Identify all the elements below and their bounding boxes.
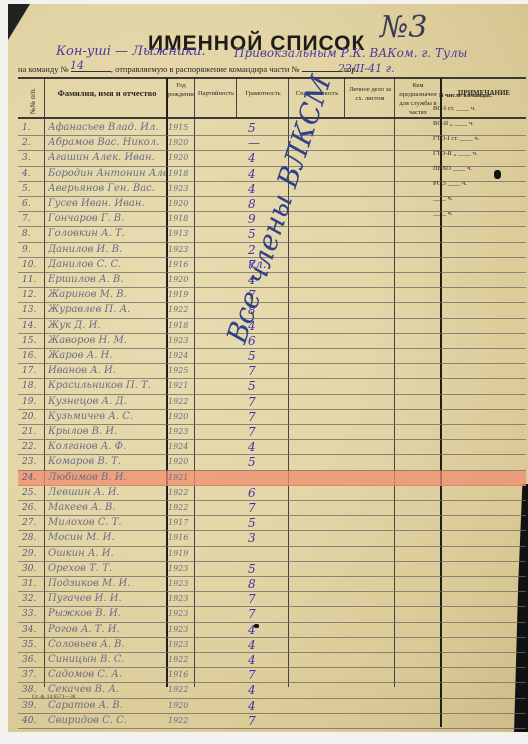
row-name: Синицын В. С.	[48, 654, 166, 665]
row-birth-year: 1918	[168, 169, 194, 178]
table-row: 21.Крылов В. И.19237	[18, 425, 526, 440]
row-number: 25.	[22, 488, 42, 498]
table-row: 34.Рогов А. Т. И.19234	[18, 623, 526, 638]
row-number: 11.	[22, 275, 42, 285]
row-number: 13.	[22, 305, 42, 315]
row-birth-year: 1922	[168, 397, 194, 406]
row-name: Кузнецов А. Д.	[48, 396, 166, 407]
row-birth-year: 1923	[168, 564, 194, 573]
row-number: 14.	[22, 321, 42, 331]
row-name: Рогов А. Т. И.	[48, 624, 166, 635]
row-birth-year: 1922	[168, 716, 194, 725]
row-number: 12.	[22, 290, 42, 300]
row-name: Жаворов Н. М.	[48, 335, 166, 346]
row-name: Подзиков М. И.	[48, 578, 166, 589]
row-number: 37.	[22, 670, 42, 680]
row-birth-year: 1916	[168, 260, 194, 269]
column-divider	[236, 77, 237, 117]
row-birth-year: 1923	[168, 640, 194, 649]
row-name: Садомов С. А.	[48, 669, 166, 680]
row-name: Мосин М. И.	[48, 532, 166, 543]
row-birth-year: 1923	[168, 609, 194, 618]
row-birth-year: 1917	[168, 518, 194, 527]
row-number: 30.	[22, 564, 42, 574]
row-number: 29.	[22, 549, 42, 559]
row-name: Кузьмичев А. С.	[48, 411, 166, 422]
row-birth-year: 1922	[168, 305, 194, 314]
row-number: 7.	[22, 214, 42, 224]
row-name: Ершилов А. В.	[48, 274, 166, 285]
row-birth-year: 1923	[168, 184, 194, 193]
row-literacy: 7	[248, 410, 274, 424]
table-row: 12.Жаринов М. В.19197	[18, 288, 526, 303]
row-birth-year: 1925	[168, 366, 194, 375]
row-birth-year: 1923	[168, 579, 194, 588]
row-literacy: 4	[248, 440, 274, 454]
row-birth-year: 1913	[168, 229, 194, 238]
row-name: Журавлев П. А.	[48, 304, 166, 315]
row-number: 27.	[22, 518, 42, 528]
row-birth-year: 1922	[168, 685, 194, 694]
row-name: Агашин Алек. Иван.	[48, 152, 166, 163]
column-divider	[344, 77, 345, 117]
table-row: 29.Ошкин А. И.1919	[18, 547, 526, 562]
row-birth-year: 1920	[168, 153, 194, 162]
row-name: Колганов А. Ф.	[48, 441, 166, 452]
ink-blot	[254, 624, 259, 628]
row-birth-year: 1923	[168, 336, 194, 345]
column-header-personal-file: Личное дело за сх. листом	[346, 85, 394, 103]
notes-item: РСО ____ ч.	[433, 180, 523, 195]
row-name: Иванов А. И.	[48, 365, 166, 376]
row-literacy: 5	[248, 379, 274, 393]
row-name: Левшин А. И.	[48, 487, 166, 498]
row-literacy: 4	[248, 151, 274, 165]
row-birth-year: 1919	[168, 290, 194, 299]
table-row: 38.Секачев В. А.19224	[18, 683, 526, 698]
notes-list: ВС-I ст. ____ ч.ВС-II „ ____ ч.ГТО-I ст.…	[433, 105, 523, 225]
row-number: 23.	[22, 457, 42, 467]
row-birth-year: 1920	[168, 199, 194, 208]
table-row: 30.Орехов Т. Т.19235	[18, 562, 526, 577]
notes-item: ____ ч.	[433, 195, 523, 210]
document-sheet: ИМЕННОЙ СПИСОК №3 Кон-ушi — Лыжники. При…	[8, 4, 528, 732]
row-number: 18.	[22, 381, 42, 391]
row-birth-year: 1921	[168, 473, 194, 482]
subheading-prefix: на команду №	[18, 64, 69, 74]
table-row: 27.Милохов С. Т.19175	[18, 516, 526, 531]
table-row: 16.Жаров А. Н.19245	[18, 349, 526, 364]
row-name: Соловьев А. В.	[48, 639, 166, 650]
row-birth-year: 1918	[168, 214, 194, 223]
handwritten-team-type: Кон-ушi — Лыжники.	[56, 44, 206, 59]
column-header-literacy: Грамотность	[238, 89, 288, 98]
row-number: 24.	[22, 473, 42, 483]
row-number: 40.	[22, 716, 42, 726]
row-number: 1.	[22, 123, 42, 133]
table-row: 26.Макеев А. В.19227	[18, 501, 526, 516]
row-birth-year: 1923	[168, 427, 194, 436]
row-number: 4.	[22, 169, 42, 179]
row-birth-year: 1923	[168, 625, 194, 634]
ink-blot	[494, 170, 501, 179]
row-literacy: 6	[248, 486, 274, 500]
row-birth-year: 1922	[168, 503, 194, 512]
row-birth-year: 1923	[168, 245, 194, 254]
row-number: 22.	[22, 442, 42, 452]
row-literacy: 8	[248, 577, 274, 591]
row-literacy: 7	[248, 395, 274, 409]
row-name: Макеев А. В.	[48, 502, 166, 513]
row-birth-year: 1920	[168, 457, 194, 466]
subheading-middle: отправляемую в распоряжение командира ча…	[115, 64, 300, 74]
table-row: 20.Кузьмичев А. С.19207	[18, 410, 526, 425]
row-name: Бородин Антонин Алек.	[48, 168, 166, 179]
row-number: 28.	[22, 533, 42, 543]
notes-item: ____ ч.	[433, 210, 523, 225]
table-row: 23.Комаров В. Т.19205	[18, 455, 526, 470]
row-name: Данилов И. В.	[48, 244, 166, 255]
row-birth-year: 1924	[168, 442, 194, 451]
row-literacy: 5	[248, 349, 274, 363]
notes-panel: В числе команды: ВС-I ст. ____ ч.ВС-II „…	[433, 92, 523, 225]
row-literacy: 4	[248, 623, 274, 637]
table-row: 32.Пугачев И. И.19237	[18, 592, 526, 607]
table-row: 36.Синицын В. С.19224	[18, 653, 526, 668]
notes-item: ВС-I ст. ____ ч.	[433, 105, 523, 120]
row-name: Крылов В. И.	[48, 426, 166, 437]
row-name: Данилов С. С.	[48, 259, 166, 270]
table-row: 37.Садомов С. А.19167	[18, 668, 526, 683]
row-number: 36.	[22, 655, 42, 665]
row-number: 21.	[22, 427, 42, 437]
row-number: 8.	[22, 229, 42, 239]
row-literacy: 7	[248, 425, 274, 439]
row-literacy: 4	[248, 653, 274, 667]
row-birth-year: 1920	[168, 412, 194, 421]
row-name: Абрамов Вас. Никол.	[48, 137, 166, 148]
table-row: 25.Левшин А. И.19226	[18, 486, 526, 501]
row-name: Саратов А. В.	[48, 700, 166, 711]
row-birth-year: 1922	[168, 655, 194, 664]
row-birth-year: 1916	[168, 670, 194, 679]
handwritten-command-number: 14	[70, 59, 84, 72]
table-row: 18.Красильников П. Т.19215	[18, 379, 526, 394]
row-number: 20.	[22, 412, 42, 422]
row-birth-year: 1919	[168, 549, 194, 558]
row-number: 32.	[22, 594, 42, 604]
row-name: Гусев Иван. Иван.	[48, 198, 166, 209]
table-row: 39.Саратов А. В.19204	[18, 699, 526, 714]
row-literacy: 7	[248, 364, 274, 378]
row-literacy: 3	[248, 531, 274, 545]
row-literacy: 7	[248, 668, 274, 682]
row-number: 39.	[22, 701, 42, 711]
row-number: 6.	[22, 199, 42, 209]
row-name: Свиридов С. С.	[48, 715, 166, 726]
table-row: 40.Свиридов С. С.19227	[18, 714, 526, 729]
row-birth-year: 1924	[168, 351, 194, 360]
column-header-party: Партийность	[196, 89, 236, 98]
row-birth-year: 1922	[168, 488, 194, 497]
row-name: Головкин А. Т.	[48, 228, 166, 239]
row-number: 31.	[22, 579, 42, 589]
notes-item: ПВХО ____ ч.	[433, 165, 523, 180]
table-row: 13.Журавлев П. А.19228	[18, 303, 526, 318]
column-header-birth-year: Год рождения	[168, 81, 194, 99]
row-number: 3.	[22, 153, 42, 163]
row-birth-year: 1920	[168, 138, 194, 147]
row-number: 19.	[22, 397, 42, 407]
row-number: 17.	[22, 366, 42, 376]
row-name: Любимов В. И.	[48, 472, 166, 483]
table-row: 15.Жаворов Н. М.19236	[18, 334, 526, 349]
table-row: 17.Иванов А. И.19257	[18, 364, 526, 379]
row-literacy: 7	[248, 592, 274, 606]
handwritten-issuer: Привокзальным Р.К. ВАКом. г. Тулы	[234, 46, 467, 60]
row-number: 5.	[22, 184, 42, 194]
table-row: 19.Кузнецов А. Д.19227	[18, 395, 526, 410]
row-literacy: 5	[248, 516, 274, 530]
row-literacy: 4	[248, 699, 274, 713]
row-number: 2.	[22, 138, 42, 148]
table-top-rule	[18, 77, 526, 79]
row-number: 35.	[22, 640, 42, 650]
row-number: 33.	[22, 609, 42, 619]
notes-item: ГТО-I ст. ____ ч.	[433, 135, 523, 150]
row-name: Жаринов М. В.	[48, 289, 166, 300]
row-literacy: 5	[248, 562, 274, 576]
row-birth-year: 1916	[168, 533, 194, 542]
row-literacy: 4	[248, 683, 274, 697]
row-birth-year: 1920	[168, 701, 194, 710]
row-literacy: —	[248, 136, 274, 150]
row-literacy: 5	[248, 121, 274, 135]
row-name: Жук Д. И.	[48, 320, 166, 331]
row-name: Комаров В. Т.	[48, 456, 166, 467]
column-header-name: Фамилия, имя и отчество	[48, 89, 166, 98]
row-literacy: 7	[248, 501, 274, 515]
row-birth-year: 1918	[168, 321, 194, 330]
column-header-number: №№ п/п.	[29, 88, 37, 114]
row-number: 26.	[22, 503, 42, 513]
row-birth-year: 1915	[168, 123, 194, 132]
table-row: 28.Мосин М. И.19163	[18, 531, 526, 546]
row-literacy: 7	[248, 607, 274, 621]
subheading-suffix: гор.	[344, 64, 358, 74]
row-number: 34.	[22, 625, 42, 635]
row-number: 16.	[22, 351, 42, 361]
table-row: 31.Подзиков М. И.19238	[18, 577, 526, 592]
handwritten-list-number: №3	[380, 10, 427, 45]
row-literacy: 4	[248, 638, 274, 652]
row-name: Милохов С. Т.	[48, 517, 166, 528]
table-row: 22.Колганов А. Ф.19244	[18, 440, 526, 455]
scan-corner-shadow	[8, 4, 30, 40]
row-name: Красильников П. Т.	[48, 380, 166, 391]
row-number: 15.	[22, 336, 42, 346]
row-birth-year: 1921	[168, 381, 194, 390]
row-number: 9.	[22, 245, 42, 255]
notes-heading: В числе команды:	[439, 92, 523, 99]
notes-item: ГТО-II „ ____ ч.	[433, 150, 523, 165]
table-row: 14.Жук Д. И.19184	[18, 319, 526, 334]
row-birth-year: 1923	[168, 594, 194, 603]
row-name: Афанасьев Влад. Ил.	[48, 122, 166, 133]
row-name: Гончаров Г. В.	[48, 213, 166, 224]
row-name: Рыжков В. И.	[48, 608, 166, 619]
row-birth-year: 1920	[168, 275, 194, 284]
form-footer-code: Ст. ф. 14 6571—38	[32, 694, 76, 700]
row-literacy: 7	[248, 714, 274, 728]
table-row: 33.Рыжков В. И.19237	[18, 607, 526, 622]
row-name: Ошкин А. И.	[48, 548, 166, 559]
row-number: 10.	[22, 260, 42, 270]
row-literacy: 4	[248, 167, 274, 181]
table-row: 24.Любимов В. И.1921	[18, 471, 526, 486]
table-row: 35.Соловьев А. В.19234	[18, 638, 526, 653]
notes-item: ВС-II „ ____ ч.	[433, 120, 523, 135]
row-name: Жаров А. Н.	[48, 350, 166, 361]
row-name: Аверьянов Ген. Вас.	[48, 183, 166, 194]
row-name: Орехов Т. Т.	[48, 563, 166, 574]
row-name: Пугачев И. И.	[48, 593, 166, 604]
row-literacy: 5	[248, 455, 274, 469]
